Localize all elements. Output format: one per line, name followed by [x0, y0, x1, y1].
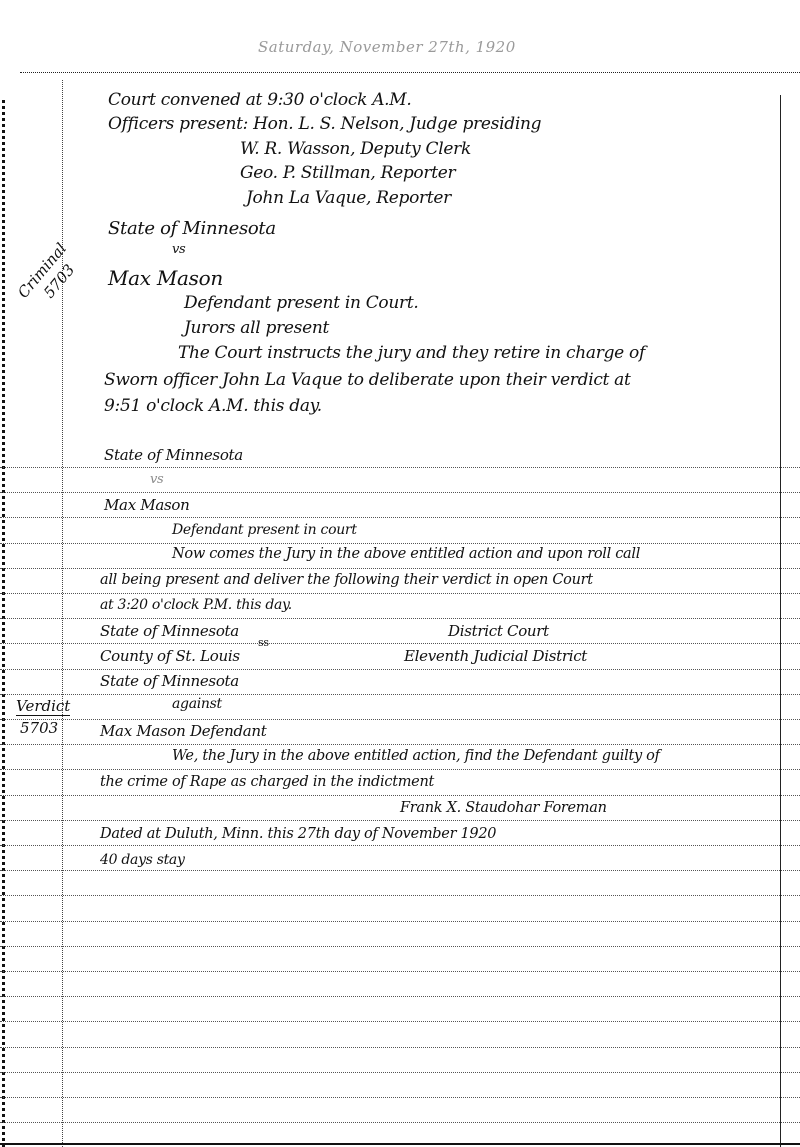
ruled-line — [0, 719, 800, 720]
ruled-line — [0, 517, 800, 518]
ruled-line — [0, 971, 800, 972]
officers-present-line: Officers present: Hon. L. S. Nelson, Jud… — [108, 114, 541, 134]
verdict-caption-defendant: Max Mason Defendant — [100, 722, 267, 740]
ruled-line — [0, 769, 800, 770]
officer-reporter-2: John La Vaque, Reporter — [246, 188, 451, 208]
case1-caption-defendant: Max Mason — [108, 266, 223, 290]
bottom-rule — [0, 1143, 800, 1145]
ruled-line — [0, 795, 800, 796]
case2-line: Defendant present in court — [172, 522, 357, 538]
ruled-line — [0, 996, 800, 997]
ruled-line — [0, 669, 800, 670]
ruled-line — [0, 694, 800, 695]
ruled-line — [0, 1021, 800, 1022]
ruled-line — [0, 1097, 800, 1098]
margin-note-verdict: Verdict — [16, 697, 70, 716]
venue-state: State of Minnesota — [100, 622, 239, 640]
officer-deputy-clerk: W. R. Wasson, Deputy Clerk — [240, 139, 471, 159]
ruled-line — [0, 820, 800, 821]
ruled-line — [0, 744, 800, 745]
case1-caption-vs: vs — [172, 242, 185, 257]
verdict-caption-state: State of Minnesota — [100, 672, 239, 690]
case1-line: Jurors all present — [184, 318, 329, 338]
case2-caption-vs: vs — [150, 472, 163, 487]
case2-caption-defendant: Max Mason — [104, 496, 190, 514]
ruled-line — [0, 1047, 800, 1048]
ruled-line — [0, 492, 800, 493]
case1-line: The Court instructs the jury and they re… — [178, 343, 645, 363]
case2-line: Now comes the Jury in the above entitled… — [172, 546, 640, 562]
ruled-line — [0, 467, 800, 468]
ruled-line — [0, 921, 800, 922]
ruled-line — [0, 618, 800, 619]
case1-line: Sworn officer John La Vaque to deliberat… — [104, 370, 631, 390]
stay-line: 40 days stay — [100, 852, 185, 868]
margin-verdict-number: 5703 — [20, 719, 58, 737]
dated-line: Dated at Duluth, Minn. this 27th day of … — [100, 826, 496, 842]
venue-county: County of St. Louis — [100, 647, 240, 665]
case2-caption-state: State of Minnesota — [104, 446, 243, 464]
ruled-line — [0, 895, 800, 896]
ruled-line — [0, 643, 800, 644]
case2-line: at 3:20 o'clock P.M. this day. — [100, 597, 292, 613]
ruled-line — [0, 543, 800, 544]
case1-line: 9:51 o'clock A.M. this day. — [104, 396, 322, 416]
ledger-page: Saturday, November 27th, 1920 Court conv… — [0, 0, 800, 1147]
verdict-caption-against: against — [172, 696, 222, 712]
court-name: District Court — [448, 622, 549, 640]
page-edge-left — [2, 100, 5, 1147]
officer-reporter-1: Geo. P. Stillman, Reporter — [240, 163, 455, 183]
case2-line: all being present and deliver the follow… — [100, 572, 593, 588]
ruled-line — [0, 845, 800, 846]
page-header-date: Saturday, November 27th, 1920 — [258, 38, 516, 56]
verdict-text-line: We, the Jury in the above entitled actio… — [172, 748, 660, 764]
verdict-text-line: the crime of Rape as charged in the indi… — [100, 774, 434, 790]
foreman-signature: Frank X. Staudohar Foreman — [400, 800, 607, 816]
ruled-line — [0, 870, 800, 871]
court-district: Eleventh Judicial District — [404, 647, 587, 665]
right-margin-line — [780, 95, 781, 1147]
ruled-line — [0, 946, 800, 947]
ruled-line — [0, 1122, 800, 1123]
left-margin-line — [62, 80, 63, 1147]
ruled-line — [0, 1072, 800, 1073]
case1-line: Defendant present in Court. — [184, 293, 418, 313]
case1-caption-state: State of Minnesota — [108, 218, 276, 239]
venue-ss: ss — [258, 636, 269, 649]
ruled-line — [0, 568, 800, 569]
top-rule — [20, 72, 800, 73]
ruled-line — [0, 593, 800, 594]
court-convened-line: Court convened at 9:30 o'clock A.M. — [108, 90, 412, 110]
